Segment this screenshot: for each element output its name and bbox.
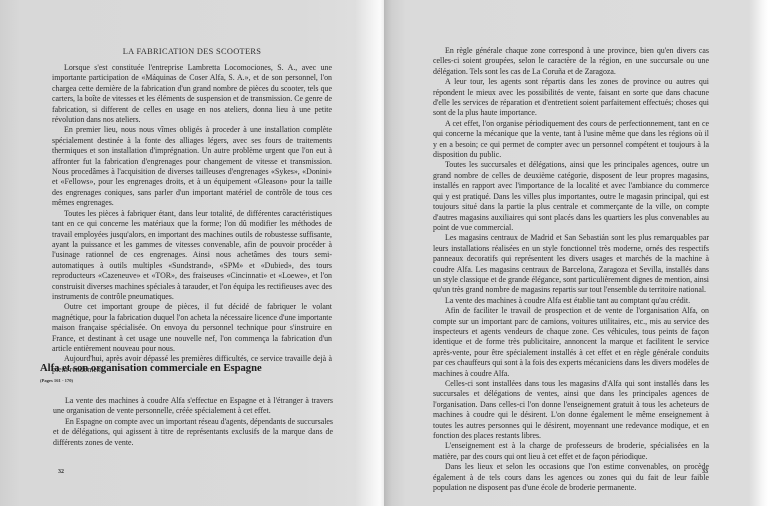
left-page-body: Lorsque s'est constituée l'entreprise La… <box>52 63 332 375</box>
paragraph: La vente des machines à coudre Alfa s'ef… <box>53 396 333 417</box>
paragraph: Lorsque s'est constituée l'entreprise La… <box>52 63 332 125</box>
paragraph: Afin de faciliter le travail de prospect… <box>433 306 709 379</box>
paragraph: Outre cet important groupe de pièces, il… <box>52 302 332 354</box>
left-page: LA FABRICATION DES SCOOTERS Lorsque s'es… <box>0 0 384 506</box>
section-body: La vente des machines à coudre Alfa s'ef… <box>53 396 333 448</box>
right-page: En règle générale chaque zone correspond… <box>384 0 768 506</box>
section-page-range: (Pages 161 - 170) <box>40 378 73 383</box>
book-spread: LA FABRICATION DES SCOOTERS Lorsque s'es… <box>0 0 768 506</box>
paragraph: En règle générale chaque zone correspond… <box>433 46 709 77</box>
right-page-body: En règle générale chaque zone correspond… <box>433 46 709 493</box>
paragraph: L'enseignement est à la charge de profes… <box>433 441 709 462</box>
paragraph: La vente des machines à coudre Alfa est … <box>433 296 709 306</box>
paragraph: Dans les lieux et selon les occasions qu… <box>433 462 709 493</box>
paragraph: A leur tour, les agents sont répartis da… <box>433 77 709 119</box>
paragraph: En Espagne on compte avec un important r… <box>53 417 333 448</box>
paragraph: A cet effet, l'on organise périodiquemen… <box>433 119 709 161</box>
paragraph: Les magasins centraux de Madrid et San S… <box>433 233 709 295</box>
page-number-left: 32 <box>58 469 64 475</box>
paragraph: Toutes les succursales et délégations, a… <box>433 160 709 233</box>
section-title: Alfa et son organisation commerciale en … <box>40 363 262 374</box>
paragraph: Toutes les pièces à fabriquer étant, dan… <box>52 209 332 303</box>
paragraph: En premier lieu, nous nous vîmes obligés… <box>52 125 332 208</box>
page-number-right: 33 <box>702 469 708 475</box>
paragraph: Celles-ci sont installées dans tous les … <box>433 379 709 441</box>
chapter-title: LA FABRICATION DES SCOOTERS <box>0 47 384 56</box>
